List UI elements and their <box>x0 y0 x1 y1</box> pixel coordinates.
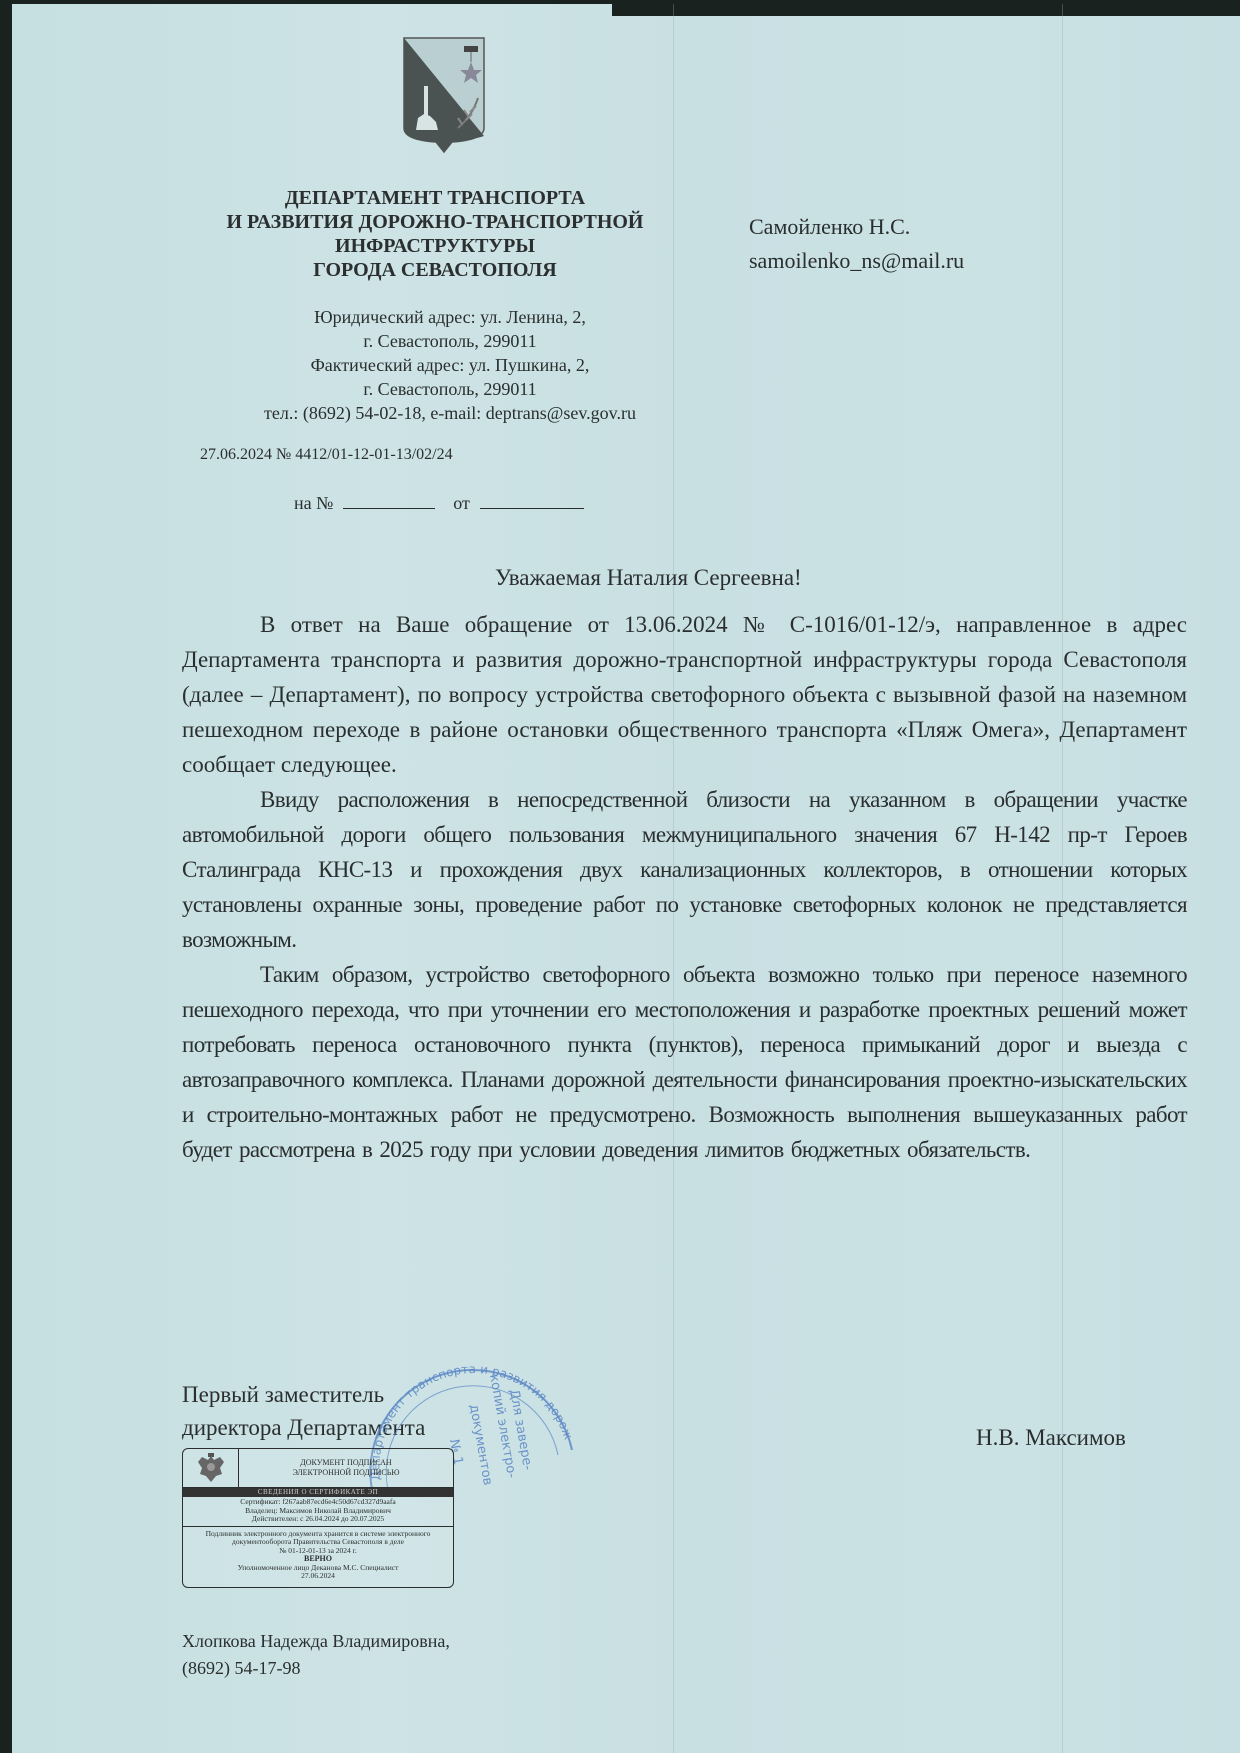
esig-title: ДОКУМЕНТ ПОДПИСАН <box>239 1458 453 1468</box>
legal-city: г. Севастополь, 299011 <box>230 329 670 353</box>
legal-address: Юридический адрес: ул. Ленина, 2, <box>230 305 670 329</box>
reference-date-label: от <box>453 493 470 514</box>
greeting: Уважаемая Наталия Сергеевна! <box>495 565 802 591</box>
reference-date-blank <box>480 492 584 509</box>
esig-title: ЭЛЕКТРОННОЙ ПОДПИСЬЮ <box>239 1468 453 1478</box>
actual-city: г. Севастополь, 299011 <box>230 377 670 401</box>
esig-band: СВЕДЕНИЯ О СЕРТИФИКАТЕ ЭП <box>183 1488 453 1497</box>
stamp-text: документов <box>466 1403 495 1486</box>
recipient-email: samoilenko_ns@mail.ru <box>749 244 964 278</box>
letter-body: В ответ на Ваше обращение от 13.06.2024 … <box>182 607 1187 1167</box>
executor-name: Хлопкова Надежда Владимировна, <box>182 1628 450 1655</box>
org-name-line: ДЕПАРТАМЕНТ ТРАНСПОРТА <box>200 186 670 210</box>
esig-date: 27.06.2024 <box>183 1572 453 1581</box>
org-name-line: И РАЗВИТИЯ ДОРОЖНО-ТРАНСПОРТНОЙ <box>200 210 670 234</box>
recipient-name: Самойленко Н.С. <box>749 210 964 244</box>
registration-number: 27.06.2024 № 4412/01-12-01-13/02/24 <box>200 446 453 464</box>
sender-organization-name: ДЕПАРТАМЕНТ ТРАНСПОРТА И РАЗВИТИЯ ДОРОЖН… <box>200 186 670 282</box>
electronic-signature-block: ДОКУМЕНТ ПОДПИСАН ЭЛЕКТРОННОЙ ПОДПИСЬЮ С… <box>182 1448 454 1588</box>
org-name-line: ИНФРАСТРУКТУРЫ <box>200 234 670 258</box>
org-name-line: ГОРОДА СЕВАСТОПОЛЯ <box>200 258 670 282</box>
esig-validity: Действителен: с 26.04.2024 до 20.07.2025 <box>183 1515 453 1524</box>
sender-address: Юридический адрес: ул. Ленина, 2, г. Сев… <box>230 305 670 425</box>
reference-number-label: на № <box>294 493 333 514</box>
paragraph-3: Таким образом, устройство светофорного о… <box>182 957 1187 1167</box>
paragraph-2: Ввиду расположения в непосредственной бл… <box>182 782 1187 957</box>
contact-line: тел.: (8692) 54-02-18, e-mail: deptrans@… <box>230 401 670 425</box>
reference-line: на № от <box>294 492 584 514</box>
russian-coat-of-arms-icon <box>183 1449 239 1487</box>
executor-phone: (8692) 54-17-98 <box>182 1655 450 1682</box>
executor-block: Хлопкова Надежда Владимировна, (8692) 54… <box>182 1628 450 1682</box>
paragraph-1: В ответ на Ваше обращение от 13.06.2024 … <box>182 607 1187 782</box>
recipient-block: Самойленко Н.С. samoilenko_ns@mail.ru <box>749 210 964 278</box>
scan-edge <box>612 4 1240 16</box>
reference-number-blank <box>343 492 435 509</box>
sevastopol-coat-of-arms-icon <box>402 36 486 154</box>
signer-name: Н.В. Максимов <box>976 1425 1126 1451</box>
esig-verified: ВЕРНО <box>304 1554 332 1563</box>
actual-address: Фактический адрес: ул. Пушкина, 2, <box>230 353 670 377</box>
